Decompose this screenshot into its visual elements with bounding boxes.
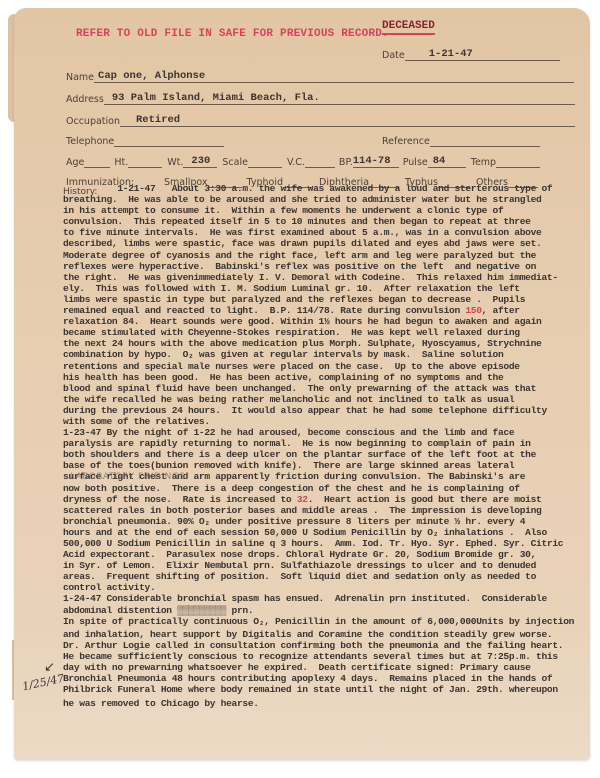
history-line: paralysis are rapidly returning to norma… <box>63 438 583 449</box>
history-line: the wife recalled he was being rather me… <box>63 394 583 405</box>
vitals-row: Age Ht. Wt. 230 Scale V.C. BP. 114-78 Pu… <box>66 155 540 168</box>
history-line: areas. Frequent shifting of position. So… <box>63 571 583 582</box>
history-line: breathing. He was able to be aroused and… <box>63 194 583 205</box>
history-text: 1-21-47 About 3:30 a.m. the wife was awa… <box>63 183 583 709</box>
history-line: in Syr. of Lemon. Elixir Nembutal prn. S… <box>63 560 583 571</box>
address-label: Address <box>66 94 104 105</box>
date-label: Date <box>382 50 405 61</box>
history-line: retentions and special male nurses were … <box>63 361 583 372</box>
name-label: Name <box>66 72 94 83</box>
history-line: He became sufficiently conscious to reco… <box>63 651 583 662</box>
red-ink-number: 150 <box>465 305 481 316</box>
history-line: in his attempt to consume it. Within a f… <box>63 205 583 216</box>
history-line: he was removed to Chicago by hearse. <box>63 698 583 709</box>
history-line: hours and at the end of each session 50,… <box>63 527 583 538</box>
history-line: now both positive. There is a deep conge… <box>63 483 583 494</box>
address-value: 93 Palm Island, Miami Beach, Fla. <box>112 92 320 104</box>
name-field: Name Cap one, Alphonse <box>66 70 574 83</box>
reference-label: Reference <box>382 136 430 147</box>
history-line: Acid expectorant. Parasulex nose drops. … <box>63 549 583 560</box>
history-line: ely. This was followed with I. M. Sodium… <box>63 283 583 294</box>
history-line: limbs were spastic in type but paralyzed… <box>63 294 583 305</box>
age-label: Age <box>66 157 84 168</box>
occupation-value: Retired <box>136 114 180 126</box>
history-line: reflexes were hyperactive. Babinski's re… <box>63 261 583 272</box>
history-line: scattered rales in both posterior bases … <box>63 505 583 516</box>
history-line: control activity. <box>63 582 583 593</box>
history-line: during the previous 24 hours. It would a… <box>63 405 583 416</box>
address-field: Address 93 Palm Island, Miami Beach, Fla… <box>66 92 575 105</box>
history-line: 1-24-47 Considerable bronchial spasm has… <box>63 593 583 604</box>
bp-label: BP. <box>339 157 353 168</box>
history-line: 1-21-47 About 3:30 a.m. the wife was awa… <box>63 183 583 194</box>
history-line: Philbrick Funeral Home where body remain… <box>63 684 583 695</box>
history-line: his health has been good. He has been ac… <box>63 372 583 383</box>
history-line: the right. He was givenimmediately I. V.… <box>63 272 583 283</box>
telephone-label: Telephone <box>66 136 114 147</box>
temp-label: Temp <box>471 157 496 168</box>
history-line: convulsion. This repeated itself in 5 to… <box>63 216 583 227</box>
history-line: Moderate degree of cyanosis and the righ… <box>63 250 583 261</box>
wt-label: Wt. <box>167 157 183 168</box>
reference-field: Reference <box>382 134 540 147</box>
telephone-field: Telephone <box>66 134 224 147</box>
name-value: Cap one, Alphonse <box>98 70 205 82</box>
history-line: described, limbs were spastic, face was … <box>63 238 583 249</box>
history-line: In spite of practically continuous O₂, P… <box>63 616 583 627</box>
history-line: to five minute intervals. He was first e… <box>63 227 583 238</box>
history-line: the next 24 hours with the above medicat… <box>63 338 583 349</box>
pulse-label: Pulse <box>403 157 428 168</box>
history-line: 1-23-47 By the night of 1-22 he had arou… <box>63 427 583 438</box>
history-line: became stimulated with Cheyenne-Stokes r… <box>63 327 583 338</box>
history-line: 500,000 U Sodium Penicillin in saline q … <box>63 538 583 549</box>
date-field: Date 1-21-47 <box>382 48 560 61</box>
bp-value: 114-78 <box>353 155 391 167</box>
vc-label: V.C. <box>287 157 305 168</box>
history-line: Dr. Arthur Logie called in consultation … <box>63 640 583 651</box>
red-ink-number: 32 <box>297 494 308 505</box>
history-line: day with no prewarning whatsoever he exp… <box>63 662 583 673</box>
occupation-field: Occupation Retired <box>66 114 575 127</box>
scale-label: Scale <box>222 157 248 168</box>
wt-value: 230 <box>191 155 210 167</box>
laboratory-findings-overprint: LABORATORY FINDINGS: <box>70 472 189 482</box>
history-line: base of the toes(bunion removed with kni… <box>63 460 583 471</box>
ht-label: Ht. <box>114 157 128 168</box>
history-line: combination by hypo. O₂ was given at reg… <box>63 349 583 360</box>
deceased-stamp: DECEASED <box>382 20 435 35</box>
date-value: 1-21-47 <box>429 48 473 60</box>
history-line: remained equal and reacted to light. B.P… <box>63 305 583 316</box>
history-line: dryness of the nose. Rate is increased t… <box>63 494 583 505</box>
refer-to-old-file-note: REFER TO OLD FILE IN SAFE FOR PREVIOUS R… <box>76 28 389 40</box>
history-line: both shoulders and there is a deep ulcer… <box>63 449 583 460</box>
history-line: relaxation 84. Heart sounds were good. W… <box>63 316 583 327</box>
history-line: Bronchial Pneumonia 48 hours contributin… <box>63 673 583 684</box>
history-line: with some of the relatives. <box>63 416 583 427</box>
pulse-value: 84 <box>433 155 446 167</box>
history-line: bronchial pneumonia. 90% O₂ under positi… <box>63 516 583 527</box>
history-line: blood and spinal fluid have been unchang… <box>63 383 583 394</box>
occupation-label: Occupation <box>66 116 120 127</box>
history-line: abdominal distention ▒▒▒▒▒▒▒▒▒ prn. <box>63 605 583 616</box>
history-line: and inhalation, heart support by Digital… <box>63 629 583 640</box>
